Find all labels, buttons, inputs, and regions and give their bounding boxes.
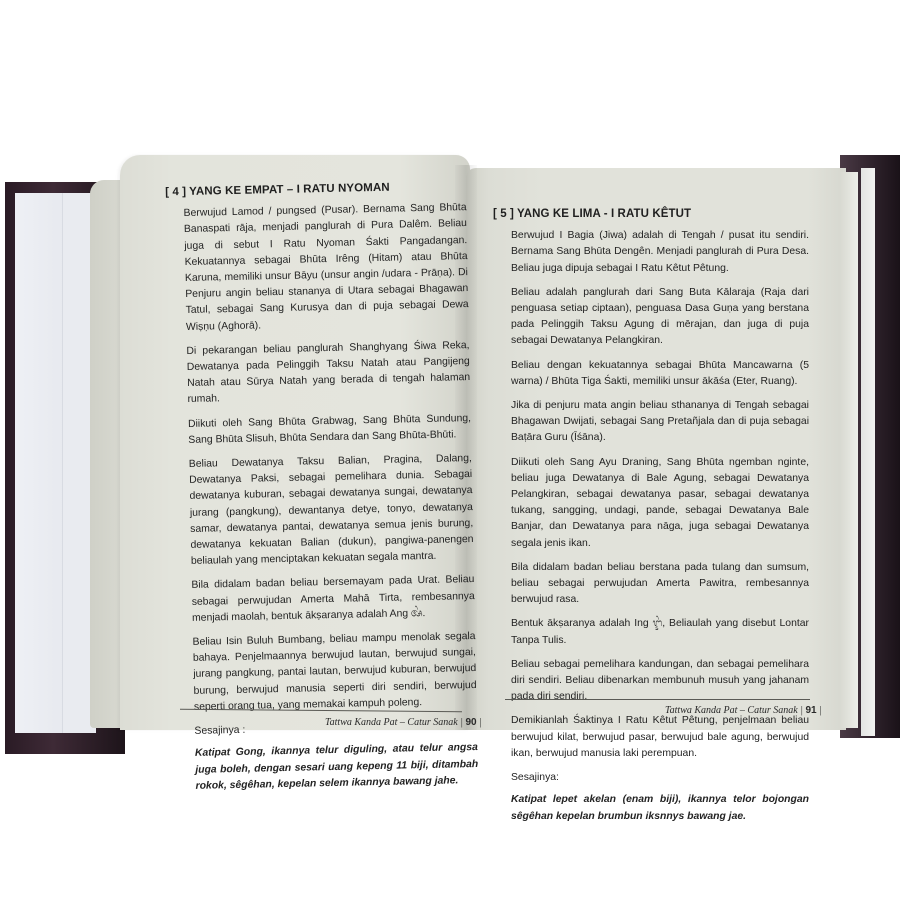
paragraph: Diikuti oleh Sang Bhūta Grabwag, Sang Bh… bbox=[188, 411, 472, 449]
left-page-text: [ 4 ] YANG KE EMPAT – I RATU NYOMAN Berw… bbox=[183, 178, 479, 801]
left-offering-text: Katipat Gong, ikannya telur diguling, at… bbox=[195, 740, 479, 795]
paragraph: Jika di penjuru mata angin beliau sthana… bbox=[511, 398, 809, 447]
paragraph: Diikuti oleh Sang Ayu Draning, Sang Bhūt… bbox=[511, 455, 809, 552]
right-page-heading: [ 5 ] YANG KE LIMA - I RATU KÊTUT bbox=[493, 206, 809, 222]
paragraph: Beliau adalah panglurah dari Sang Buta K… bbox=[511, 285, 809, 350]
right-offering-text: Katipat lepet akelan (enam biji), ikanny… bbox=[497, 792, 809, 824]
right-page-footer: Tattwa Kanda Pat – Catur Sanak | 91 | bbox=[665, 705, 822, 716]
left-page-footer: Tattwa Kanda Pat – Catur Sanak | 90 | bbox=[325, 717, 482, 728]
paragraph: Berwujud Lamod / pungsed (Pusar). Bernam… bbox=[183, 200, 469, 336]
left-running-title: Tattwa Kanda Pat – Catur Sanak bbox=[325, 717, 458, 728]
right-endpaper bbox=[861, 168, 875, 736]
right-page-number: 91 bbox=[805, 705, 816, 716]
right-footer-rule bbox=[505, 699, 810, 700]
right-offering-label: Sesajinya: bbox=[497, 770, 809, 786]
left-page-number: 90 bbox=[465, 717, 476, 728]
paragraph: Bentuk ākṣaranya adalah Ing ᬇᬂ, Beliaula… bbox=[511, 616, 809, 648]
paragraph: Demikianlah Śaktinya I Ratu Kêtut Pêtung… bbox=[511, 713, 809, 762]
paragraph: Bila didalam badan beliau berstana pada … bbox=[511, 560, 809, 609]
right-page-paragraphs: Berwujud I Bagia (Jiwa) adalah di Tengah… bbox=[497, 228, 809, 762]
paragraph: Beliau Dewatanya Taksu Balian, Pragina, … bbox=[189, 451, 474, 570]
left-page-paragraphs: Berwujud Lamod / pungsed (Pusar). Bernam… bbox=[183, 200, 477, 716]
paragraph: Berwujud I Bagia (Jiwa) adalah di Tengah… bbox=[511, 228, 809, 277]
paragraph: Bila didalam badan beliau bersemayam pad… bbox=[191, 572, 475, 627]
paragraph: Di pekarangan beliau panglurah Shanghyan… bbox=[186, 338, 470, 409]
right-page-stack bbox=[840, 172, 858, 728]
right-page-text: [ 5 ] YANG KE LIMA - I RATU KÊTUT Berwuj… bbox=[497, 206, 809, 831]
paragraph: Beliau Isin Buluh Bumbang, beliau mampu … bbox=[192, 629, 477, 716]
right-running-title: Tattwa Kanda Pat – Catur Sanak bbox=[665, 705, 798, 716]
paragraph: Beliau dengan kekuatannya sebagai Bhūta … bbox=[511, 358, 809, 390]
